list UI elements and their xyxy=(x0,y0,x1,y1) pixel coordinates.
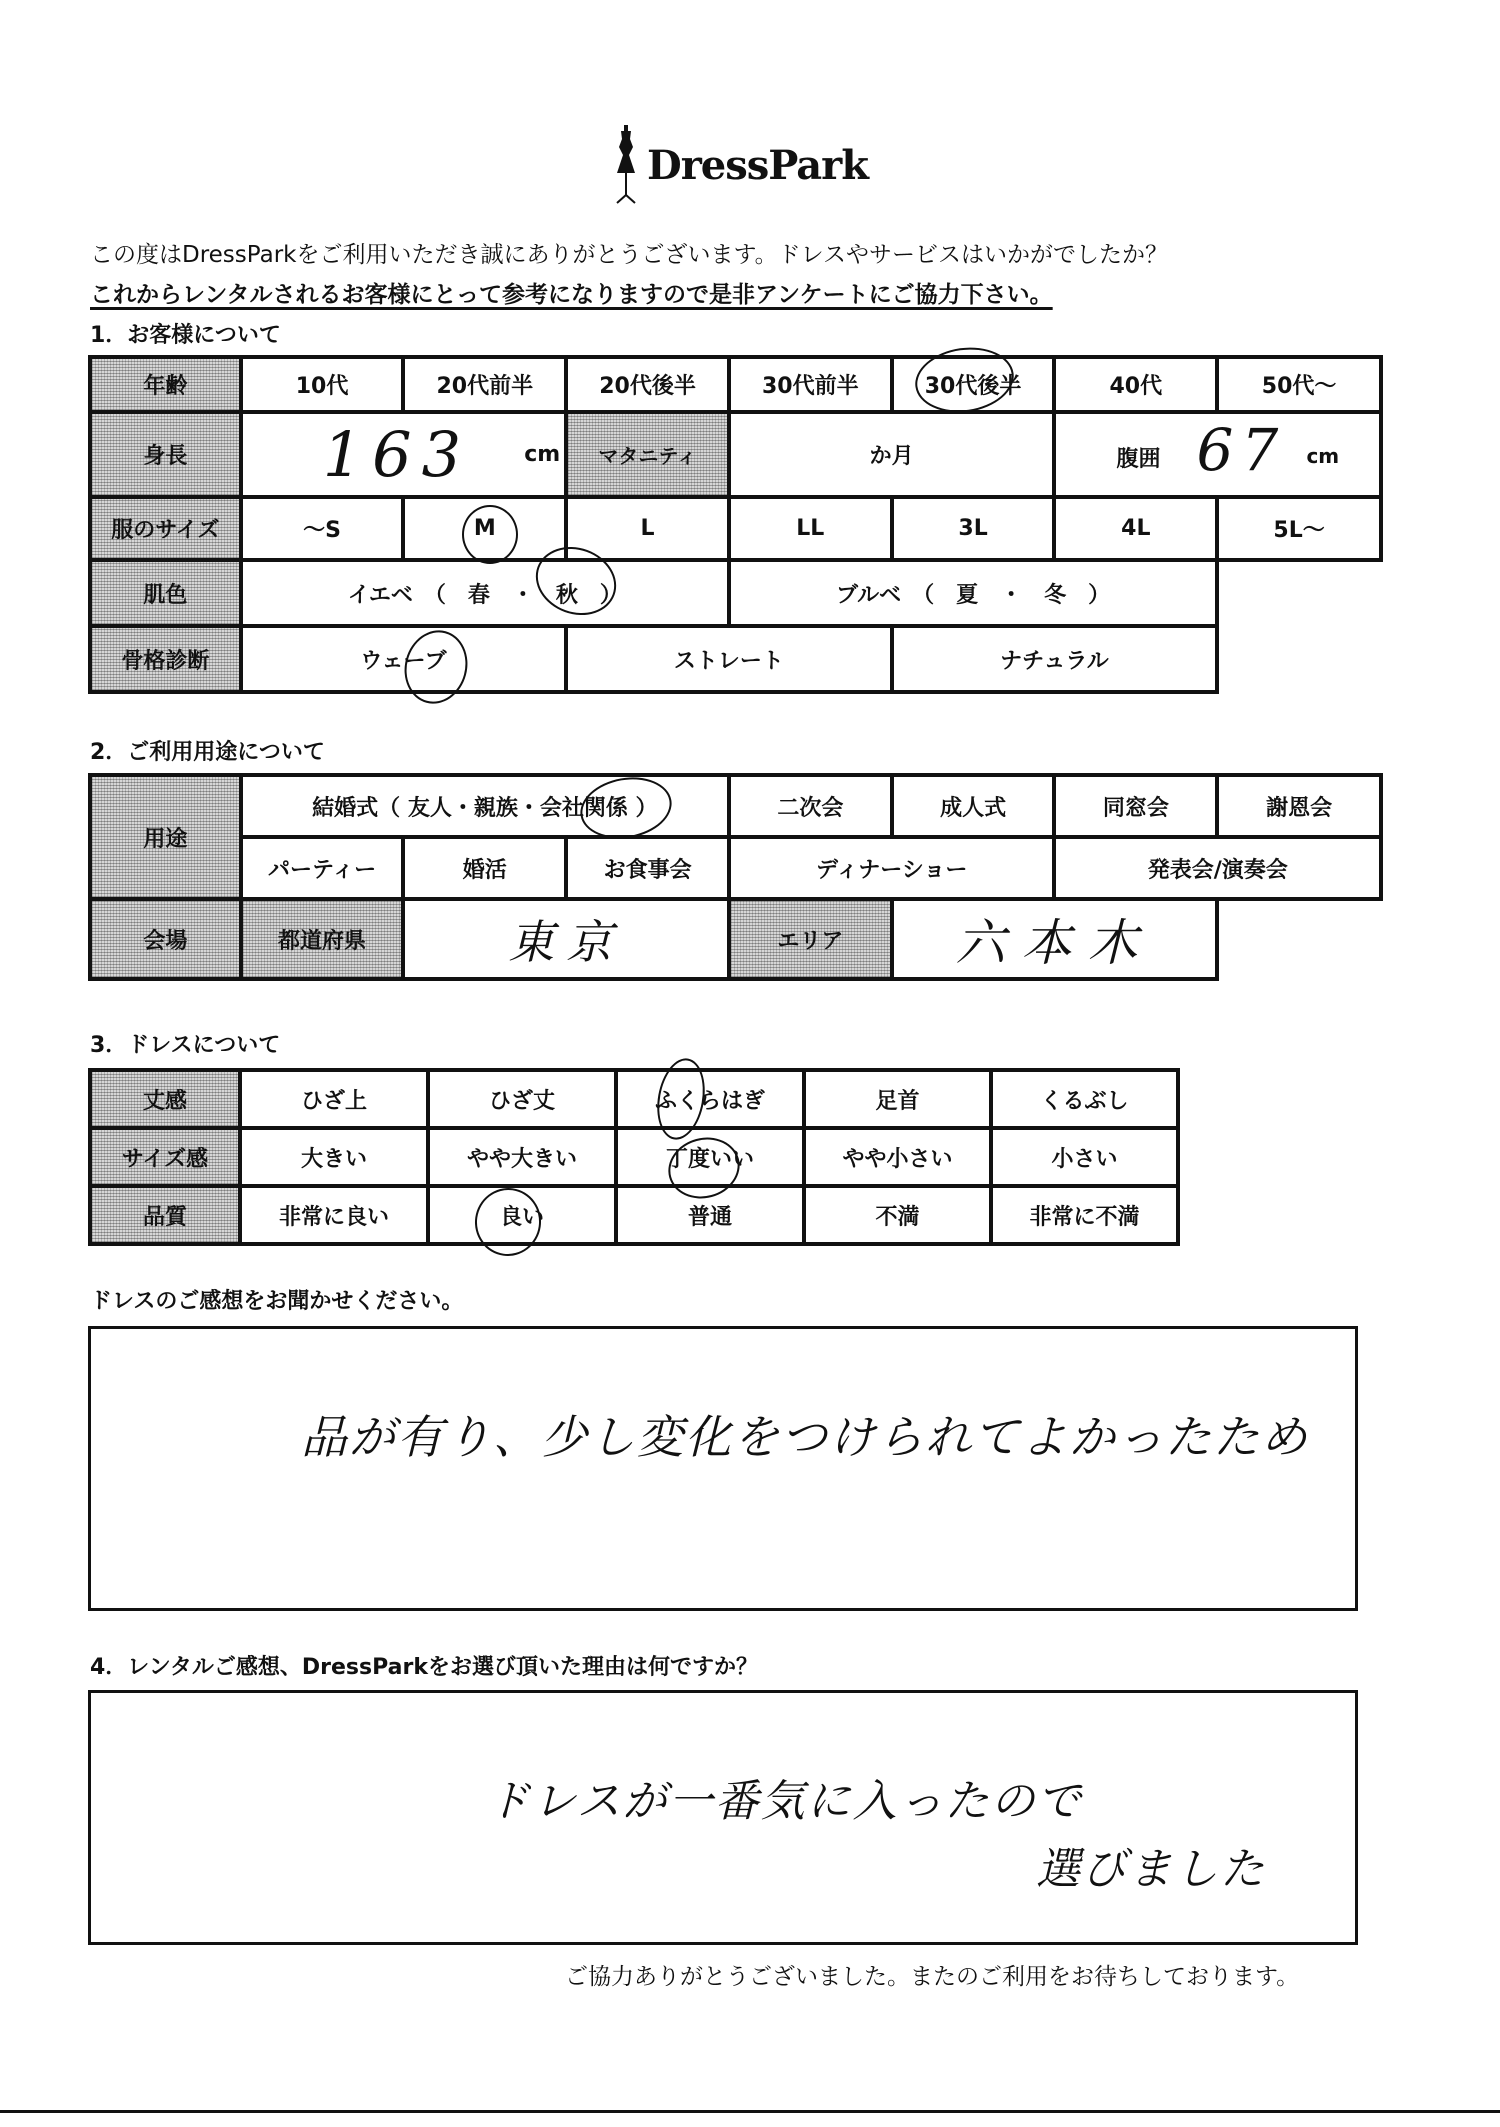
fit-option-small[interactable]: 小さい xyxy=(991,1128,1178,1186)
venue-label: 会場 xyxy=(90,899,241,979)
purpose-option-dinner-show[interactable]: ディナーショー xyxy=(729,837,1055,899)
dress-comment-box[interactable]: 品が有り、少し変化をつけられてよかったため xyxy=(88,1326,1358,1611)
quality-label: 品質 xyxy=(90,1186,240,1244)
purpose-option-konkatsu[interactable]: 婚活 xyxy=(403,837,566,899)
reason-answer-line1: ドレスが一番気に入ったので xyxy=(486,1765,1083,1829)
purpose-option-thank-you-party[interactable]: 謝恩会 xyxy=(1217,775,1381,837)
purpose-option-reunion[interactable]: 同窓会 xyxy=(1054,775,1217,837)
length-option-malleolus[interactable]: くるぶし xyxy=(991,1070,1178,1128)
size-option-l[interactable]: L xyxy=(566,497,729,560)
area-value: 六本木 xyxy=(955,914,1153,972)
quality-option-average[interactable]: 普通 xyxy=(616,1186,804,1244)
skin-row: 肌色 イエベ （ 春 ・ 秋 ） ブルベ （ 夏 ・ 冬 ） xyxy=(90,560,1381,626)
intro-request-text: これからレンタルされるお客様にとって参考になりますので是非アンケートにご協力下さ… xyxy=(90,276,1053,309)
body-option-natural[interactable]: ナチュラル xyxy=(892,626,1218,692)
fit-option-slightly-large[interactable]: やや大きい xyxy=(428,1128,616,1186)
age-option-10s[interactable]: 10代 xyxy=(241,357,404,412)
purpose-option-wedding[interactable]: 結婚式（ 友人・親族・会社関係 ） xyxy=(241,775,729,837)
skin-option-blue-base[interactable]: ブルベ （ 夏 ・ 冬 ） xyxy=(729,560,1217,626)
dress-form-icon xyxy=(613,125,639,205)
purpose-option-coming-of-age[interactable]: 成人式 xyxy=(892,775,1055,837)
length-option-ankle[interactable]: 足首 xyxy=(804,1070,991,1128)
height-unit: cm xyxy=(524,442,560,467)
quality-option-poor[interactable]: 不満 xyxy=(804,1186,991,1244)
footer-thanks: ご協力ありがとうございました。またのご利用をお待ちしております。 xyxy=(565,1958,1299,1991)
age-option-40s[interactable]: 40代 xyxy=(1054,357,1217,412)
section1-title: 1．お客様について xyxy=(90,318,281,349)
purpose-option-after-party[interactable]: 二次会 xyxy=(729,775,892,837)
size-label: 服のサイズ xyxy=(90,497,241,560)
height-row: 身長 163 cm マタニティ か月 腹囲 67 cm xyxy=(90,412,1381,497)
length-option-above-knee[interactable]: ひざ上 xyxy=(240,1070,428,1128)
size-option-m[interactable]: M xyxy=(403,497,566,560)
body-option-wave[interactable]: ウェーブ xyxy=(241,626,567,692)
size-option-ll[interactable]: LL xyxy=(729,497,892,560)
age-row: 年齢 10代 20代前半 20代後半 30代前半 30代後半 40代 50代～ xyxy=(90,357,1381,412)
prefecture-value: 東京 xyxy=(508,915,624,969)
usage-table: 用途 結婚式（ 友人・親族・会社関係 ） 二次会 成人式 同窓会 謝恩会 パーテ… xyxy=(88,773,1383,981)
size-option-4l[interactable]: 4L xyxy=(1054,497,1217,560)
waist-unit: cm xyxy=(1306,444,1339,468)
dress-rating-table: 丈感 ひざ上 ひざ丈 ふくらはぎ 足首 くるぶし サイズ感 大きい やや大きい … xyxy=(88,1068,1180,1246)
size-row: 服のサイズ ～S M L LL 3L 4L 5L～ xyxy=(90,497,1381,560)
section2-title: 2．ご利用用途について xyxy=(90,735,325,766)
age-option-early-30s[interactable]: 30代前半 xyxy=(729,357,892,412)
quality-option-good[interactable]: 良い xyxy=(428,1186,616,1244)
dress-comment-prompt: ドレスのご感想をお聞かせください。 xyxy=(90,1284,463,1315)
age-option-early-20s[interactable]: 20代前半 xyxy=(403,357,566,412)
purpose-option-recital[interactable]: 発表会/演奏会 xyxy=(1054,837,1381,899)
fit-option-large[interactable]: 大きい xyxy=(240,1128,428,1186)
length-option-calf[interactable]: ふくらはぎ xyxy=(616,1070,804,1128)
purpose-option-party[interactable]: パーティー xyxy=(241,837,404,899)
reason-answer-line2: 選びました xyxy=(1036,1833,1266,1897)
purpose-label: 用途 xyxy=(90,775,241,899)
section4-title: 4．レンタルご感想、DressParkをお選び頂いた理由は何ですか？ xyxy=(90,1650,758,1681)
prefecture-field[interactable]: 東京 xyxy=(403,899,729,979)
age-label: 年齢 xyxy=(90,357,241,412)
area-field[interactable]: 六本木 xyxy=(892,899,1218,979)
skin-label: 肌色 xyxy=(90,560,241,626)
section3-title: 3．ドレスについて xyxy=(90,1028,280,1059)
waist-field[interactable]: 腹囲 67 cm xyxy=(1054,412,1381,497)
age-option-late-20s[interactable]: 20代後半 xyxy=(566,357,729,412)
dresspark-logo: DressPark xyxy=(613,125,868,205)
fit-option-just-right[interactable]: 丁度いい xyxy=(616,1128,804,1186)
body-type-row: 骨格診断 ウェーブ ストレート ナチュラル xyxy=(90,626,1381,692)
maternity-label: マタニティ xyxy=(566,412,729,497)
age-option-late-30s[interactable]: 30代後半 xyxy=(892,357,1055,412)
purpose-option-dinner[interactable]: お食事会 xyxy=(566,837,729,899)
logo-text: DressPark xyxy=(647,142,868,189)
page-bottom-rule xyxy=(0,2110,1500,2113)
intro-text: この度はDressParkをご利用いただき誠にありがとうございます。ドレスやサー… xyxy=(90,236,1168,269)
size-option-3l[interactable]: 3L xyxy=(892,497,1055,560)
reason-answer-box[interactable]: ドレスが一番気に入ったので 選びました xyxy=(88,1690,1358,1945)
fit-label: サイズ感 xyxy=(90,1128,240,1186)
quality-option-excellent[interactable]: 非常に良い xyxy=(240,1186,428,1244)
fit-option-slightly-small[interactable]: やや小さい xyxy=(804,1128,991,1186)
waist-value: 67 xyxy=(1196,416,1286,484)
length-option-knee[interactable]: ひざ丈 xyxy=(428,1070,616,1128)
area-label: エリア xyxy=(729,899,892,979)
waist-label: 腹囲 xyxy=(1116,442,1160,473)
customer-info-table: 年齢 10代 20代前半 20代後半 30代前半 30代後半 40代 50代～ … xyxy=(88,355,1383,694)
body-option-straight[interactable]: ストレート xyxy=(566,626,892,692)
maternity-months-field[interactable]: か月 xyxy=(729,412,1055,497)
quality-option-very-poor[interactable]: 非常に不満 xyxy=(991,1186,1178,1244)
height-field[interactable]: 163 cm xyxy=(241,412,567,497)
body-type-label: 骨格診断 xyxy=(90,626,241,692)
dress-comment-value: 品が有り、少し変化をつけられてよかったため xyxy=(301,1401,1309,1467)
height-label: 身長 xyxy=(90,412,241,497)
height-value: 163 xyxy=(323,418,471,491)
length-label: 丈感 xyxy=(90,1070,240,1128)
size-option-s[interactable]: ～S xyxy=(241,497,404,560)
age-option-50s-plus[interactable]: 50代～ xyxy=(1217,357,1381,412)
skin-option-yellow-base[interactable]: イエベ （ 春 ・ 秋 ） xyxy=(241,560,729,626)
size-option-5l-plus[interactable]: 5L～ xyxy=(1217,497,1381,560)
prefecture-label: 都道府県 xyxy=(241,899,404,979)
maternity-months-unit: か月 xyxy=(870,444,914,469)
